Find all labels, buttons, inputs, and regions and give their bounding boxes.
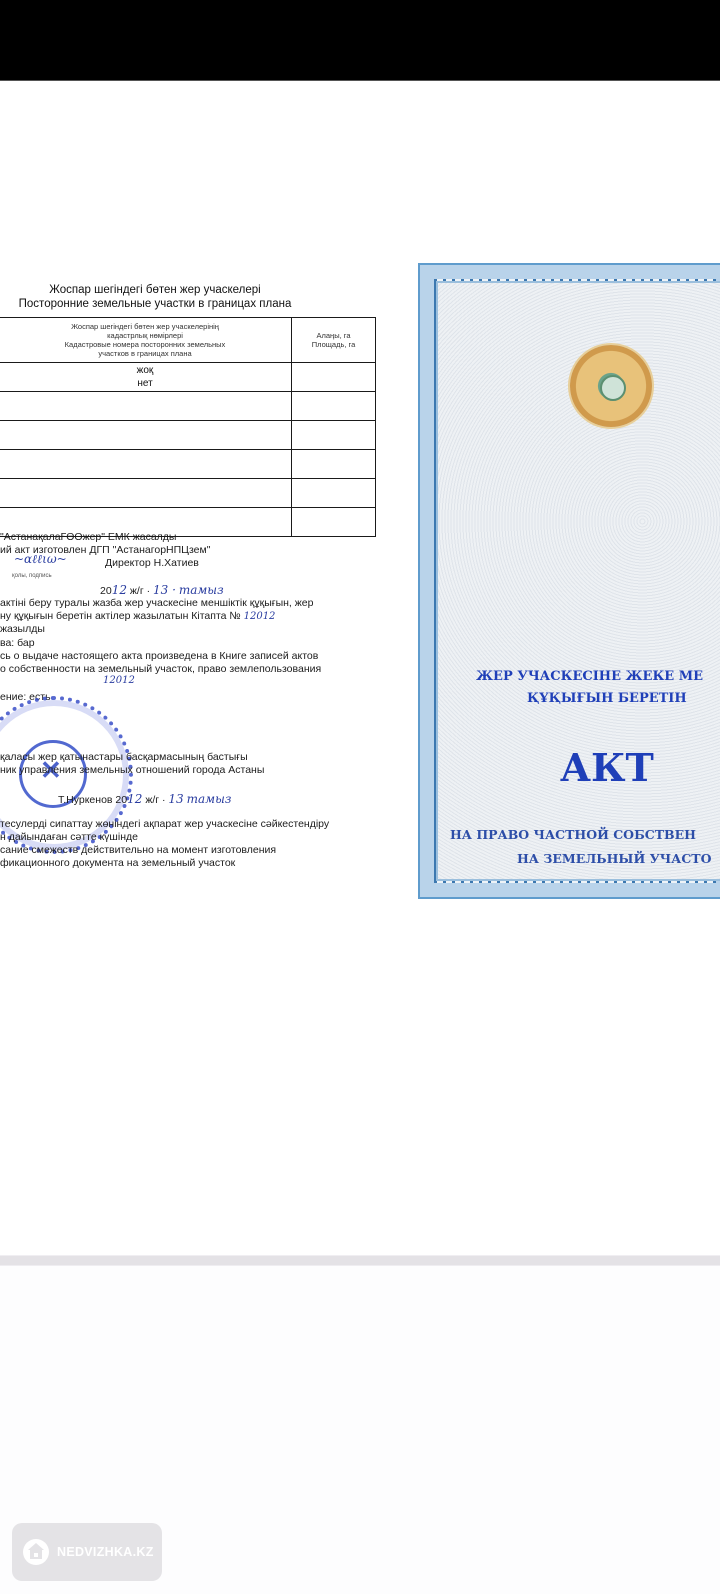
kazakhstan-emblem-icon [570, 345, 652, 427]
head-title-kz: қаласы жер қатынастары басқармасының бас… [0, 751, 248, 763]
section-divider [0, 1255, 720, 1266]
record-kz-3: жазылды [0, 623, 45, 635]
header-area: Алаңы, га Площадь, га [292, 318, 376, 363]
watermark-badge: NEDVIZHKA.KZ [12, 1523, 162, 1581]
signature-caption: қолы, подпись [12, 573, 52, 579]
table-row [0, 479, 376, 508]
table-row: жоқ нет [0, 363, 376, 392]
record-kz-1: актіні беру туралы жазба жер учаскесіне … [0, 597, 313, 609]
director-signature: ~ɑℓℓιω~ [14, 552, 67, 567]
cover-heading-kz-2: ҚҰҚЫҒЫН БЕРЕТІН [527, 691, 720, 706]
table-title-ru: Посторонние земельные участки в границах… [0, 298, 310, 310]
watermark-text: NEDVIZHKA.KZ [57, 1545, 154, 1559]
director-name: Директор Н.Хатиев [105, 557, 199, 569]
record-ru-2: о собственности на земельный участок, пр… [0, 663, 321, 675]
note-kz-1: тесулерді сипаттау жөніндегі ақпарат жер… [0, 818, 329, 830]
record-kz-2: ну құқығын беретін актілер жазылатын Кіт… [0, 610, 275, 622]
table-row [0, 421, 376, 450]
note-ru-1: сание смежеств действительно на момент и… [0, 844, 276, 856]
record-ru-1: сь о выдаче настоящего акта произведена … [0, 650, 318, 662]
foreign-plots-table: Жоспар шегіндегі бөтен жер учаскелерінің… [0, 317, 376, 537]
made-by-kz: "АстанақалаҒӨОжер" ЕМК жасалды [0, 531, 176, 543]
note-kz-2: н дайындаған сәтте күшінде [0, 831, 138, 843]
cover-heading-ru-2: НА ЗЕМЕЛЬНЫЙ УЧАСТО [517, 851, 720, 866]
right-page-cover: ЖЕР УЧАСКЕСІНЕ ЖЕКЕ МЕ ҚҰҚЫҒЫН БЕРЕТІН А… [418, 263, 720, 899]
header-cadastral-numbers: Жоспар шегіндегі бөтен жер учаскелерінің… [0, 318, 292, 363]
cover-heading-ru-1: НА ПРАВО ЧАСТНОЙ СОБСТВЕН [450, 827, 720, 842]
record-number-ru: 12012 [103, 675, 135, 686]
cover-heading-kz-1: ЖЕР УЧАСКЕСІНЕ ЖЕКЕ МЕ [476, 669, 720, 684]
issue-date-1: 2012 ж/г · 13 · тамыз [100, 583, 224, 597]
table-row [0, 450, 376, 479]
house-icon [23, 1539, 49, 1565]
table-title-kz: Жоспар шегіндегі бөтен жер учаскелері [0, 284, 310, 296]
cover-title: АКТ [560, 745, 720, 790]
note-ru-2: фикационного документа на земельный учас… [0, 857, 235, 869]
head-title-ru: ник управления земельных отношений город… [0, 764, 264, 776]
table-row [0, 392, 376, 421]
issue-date-2: Т.Нуркенов 2012 ж/г · 13 тамыз [58, 792, 231, 806]
presence-kz: ва: бар [0, 637, 35, 649]
status-bar [0, 0, 720, 81]
document-photo[interactable]: Жоспар шегіндегі бөтен жер учаскелері По… [0, 81, 720, 1256]
